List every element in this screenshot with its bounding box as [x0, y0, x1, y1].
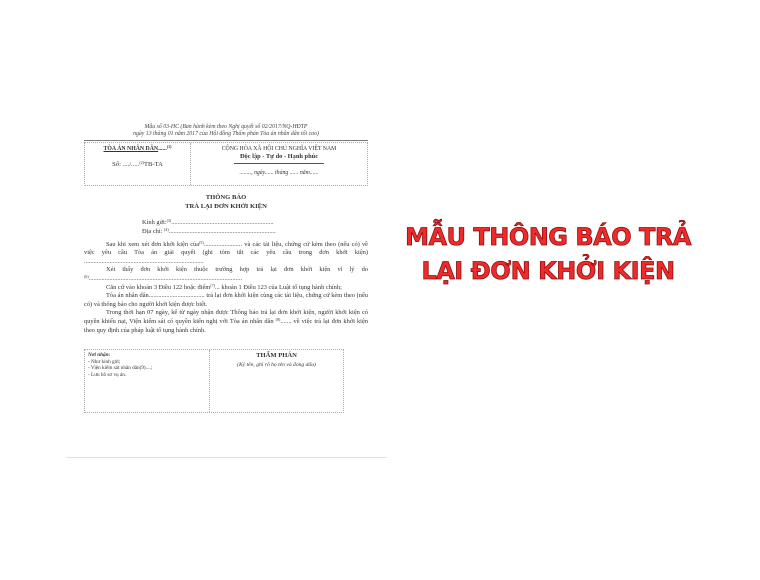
headline: MẪU THÔNG BÁO TRẢ LẠI ĐƠN KHỞI KIỆN [398, 220, 698, 288]
court-cell: TÒA ÁN NHÂN DÂN......(1) Số: ..../.....(… [85, 143, 191, 185]
form-note: Mẫu số 03-HC (Ban hành kèm theo Nghị quy… [84, 124, 368, 141]
recipients-cell: Nơi nhận: - Như kính gửi; - Viện kiểm sá… [85, 350, 210, 412]
recipient-item: - Lưu hồ sơ vụ án. [88, 372, 206, 379]
document-number: Số: ..../.....(2)TB-TA [85, 161, 190, 170]
title-line1: THÔNG BÁO [84, 194, 368, 203]
paragraph-4: Tòa án nhân dân.........................… [84, 292, 368, 309]
document-image: Mẫu số 03-HC (Ban hành kèm theo Nghị quy… [84, 124, 368, 413]
paragraph-1: Sau khi xem xét đơn khởi kiện của(5)....… [84, 241, 368, 267]
form-note-line2: ngày 13 tháng 01 năm 2017 của Hội đồng T… [84, 131, 368, 138]
address-line: Địa chỉ: (4)............................… [142, 228, 368, 237]
header-table: TÒA ÁN NHÂN DÂN......(1) Số: ..../.....(… [84, 142, 368, 186]
recipient-item: - Viện kiểm sát nhân dân(9)....; [88, 365, 206, 372]
nation-name: CỘNG HÒA XÃ HỘI CHỦ NGHĨA VIỆT NAM [191, 145, 367, 154]
title-line2: TRẢ LẠI ĐƠN KHỞI KIỆN [84, 203, 368, 212]
paragraph-5: Trong thời hạn 07 ngày, kể từ ngày nhận … [84, 309, 368, 335]
recipient-block: Kính gửi:(3)............................… [142, 219, 368, 236]
nation-cell: CỘNG HÒA XÃ HỘI CHỦ NGHĨA VIỆT NAM Độc l… [191, 143, 367, 185]
document-title: THÔNG BÁO TRẢ LẠI ĐƠN KHỞI KIỆN [84, 194, 368, 212]
paragraph-3: Căn cứ vào khoản 3 Điều 122 hoặc điểm(7)… [84, 284, 368, 293]
footer-table: Nơi nhận: - Như kính gửi; - Viện kiểm sá… [84, 349, 344, 413]
recipient-line: Kính gửi:(3)............................… [142, 219, 368, 228]
headline-line1: MẪU THÔNG BÁO TRẢ [398, 220, 698, 254]
divider [66, 457, 387, 458]
motto: Độc lập - Tự do - Hạnh phúc [234, 153, 324, 164]
headline-line2: LẠI ĐƠN KHỞI KIỆN [398, 254, 698, 288]
paragraph-2: Xét thấy đơn khởi kiện thuộc trường hợp … [84, 266, 368, 283]
signature-note: (Ký tên, ghi rõ họ tên và đóng dấu) [210, 361, 343, 370]
date-line: ........, ngày...... tháng ...... năm...… [191, 169, 367, 178]
recipients-label: Nơi nhận: [88, 352, 206, 359]
signature-cell: THẨM PHÁN (Ký tên, ghi rõ họ tên và đóng… [210, 350, 343, 412]
court-name: TÒA ÁN NHÂN DÂN......(1) [85, 145, 190, 154]
judge-title: THẨM PHÁN [210, 352, 343, 361]
